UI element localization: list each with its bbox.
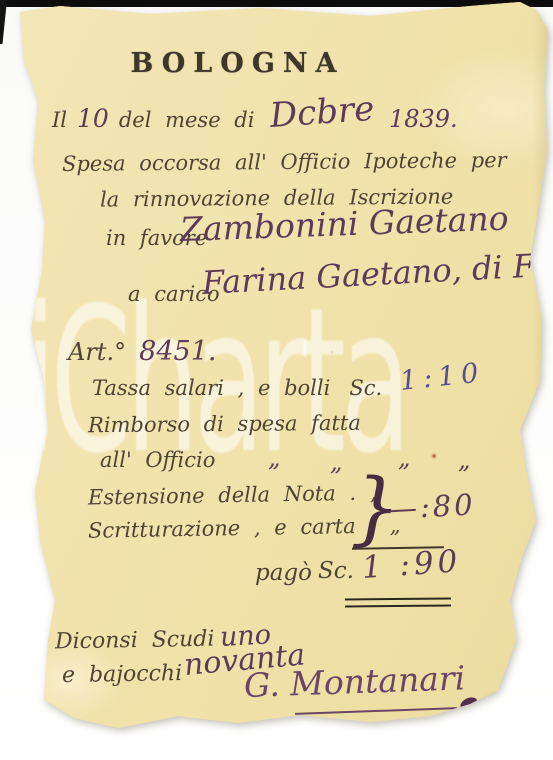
date-day: 10	[77, 104, 109, 133]
item-1-label: Tassa salari , e bolli	[92, 376, 330, 400]
date-month: Dcbre	[269, 89, 376, 136]
total-double-rule	[345, 598, 451, 608]
signature: G. Montanari	[243, 658, 466, 705]
date-prefix: Il	[52, 108, 67, 132]
paper-wrap: iCharta BOLOGNA Il 10 del mese di Dcbre …	[0, 0, 553, 760]
item-row-1: Tassa salari , e bolli Sc.	[92, 376, 382, 400]
item-1-currency: Sc.	[349, 376, 382, 400]
scanned-receipt-scene: iCharta BOLOGNA Il 10 del mese di Dcbre …	[0, 0, 553, 760]
city-header: BOLOGNA	[130, 48, 345, 79]
ditto-mark-1: „	[268, 444, 280, 472]
date-middle: del mese di	[119, 108, 255, 132]
subject-line-1: Spesa occorsa all' Officio Ipoteche per	[62, 148, 507, 176]
receipt-paper: iCharta BOLOGNA Il 10 del mese di Dcbre …	[0, 0, 553, 760]
total-amount: 1 :90	[361, 543, 463, 586]
item-row-2: Rimborso di spesa fatta	[88, 411, 361, 437]
date-line: Il 10 del mese di Dcbre 1839.	[52, 96, 458, 136]
item-row-3: all' Officio	[100, 448, 215, 472]
article-label: Art.°	[68, 338, 126, 366]
grouped-amount: —:80	[387, 487, 476, 526]
ditto-mark-4: „	[458, 446, 470, 474]
total-label: pagò	[255, 560, 312, 586]
e-bajocchi-label: e bajocchi	[62, 661, 183, 688]
article-line: Art.° 8451.	[68, 336, 216, 367]
item-1-amount: 1:10	[398, 357, 485, 397]
item-row-4: Estensione della Nota . „	[88, 480, 381, 509]
signature-underline	[295, 707, 457, 715]
article-number: 8451.	[139, 336, 216, 367]
signature-ink-blob	[459, 696, 480, 713]
ditto-mark-2: „	[330, 448, 342, 476]
total-currency: Sc.	[318, 558, 354, 584]
date-year: 1839.	[389, 105, 458, 133]
